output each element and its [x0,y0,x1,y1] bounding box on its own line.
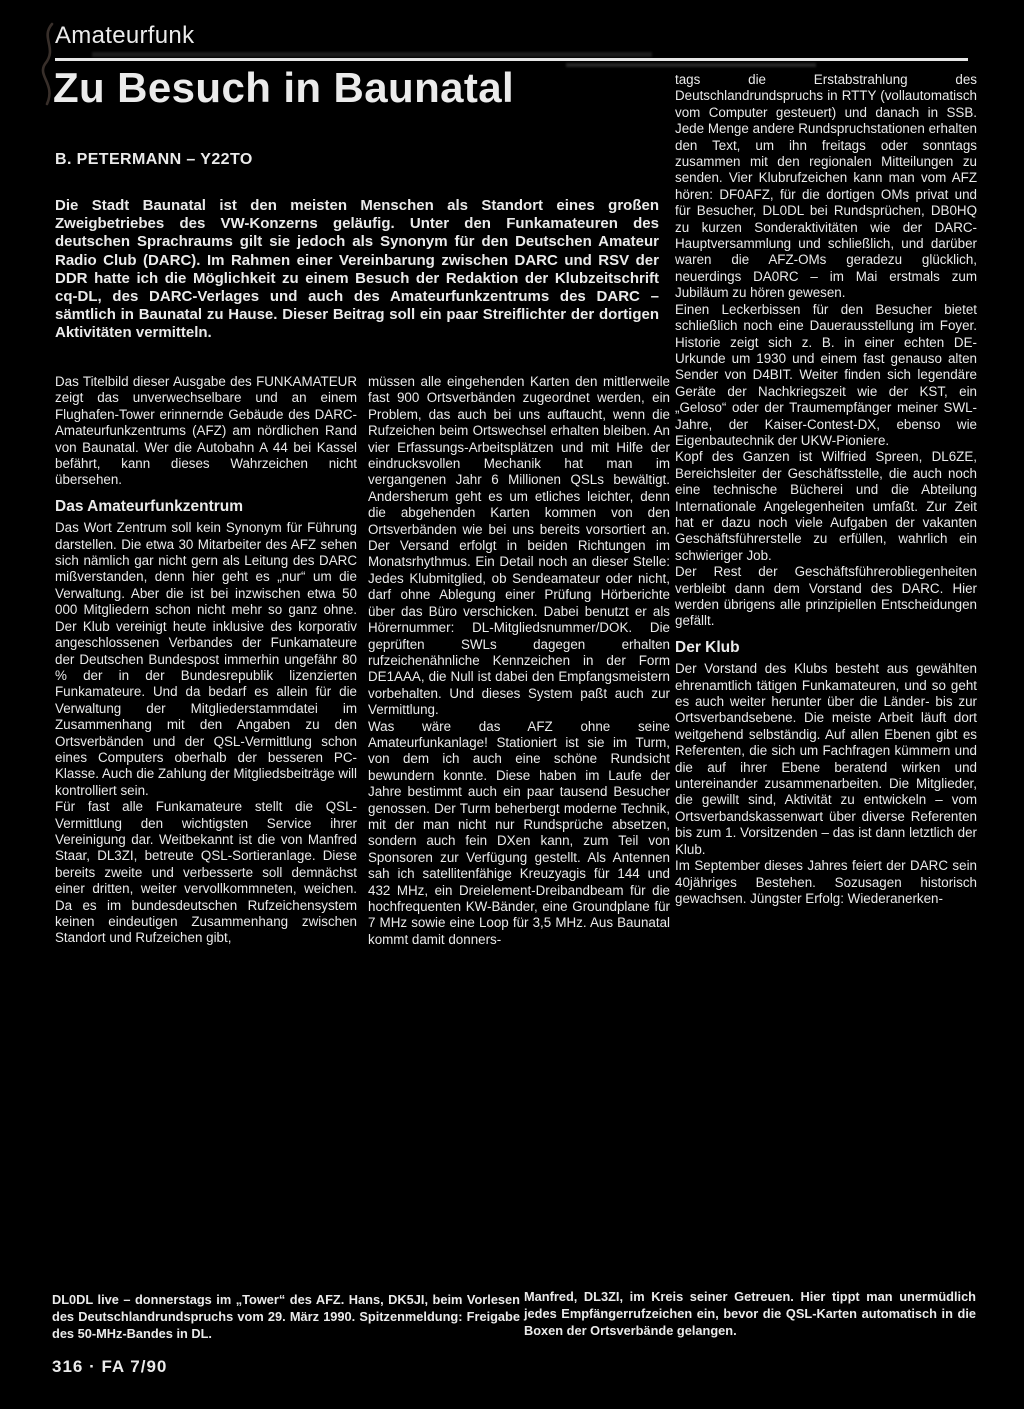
paragraph: Im September dieses Jahres feiert der DA… [675,858,977,907]
column-right: tags die Erstabstrahlung des Deutschland… [675,72,977,907]
paragraph: Das Titelbild dieser Ausgabe des FUNKAMA… [55,374,357,489]
article-title: Zu Besuch in Baunatal [53,64,514,112]
paragraph: Kopf des Ganzen ist Wilfried Spreen, DL6… [675,449,977,564]
paragraph: Was wäre das AFZ ohne seine Amateurfunka… [368,719,670,949]
subheading-amateurfunkzentrum: Das Amateurfunkzentrum [55,499,357,515]
subheading-der-klub: Der Klub [675,640,977,656]
header-rule [55,58,968,61]
paragraph: tags die Erstabstrahlung des Deutschland… [675,72,977,302]
scan-smudge [92,52,652,57]
column-middle: müssen alle eingehenden Karten den mittl… [368,374,670,948]
magazine-page: Amateurfunk Zu Besuch in Baunatal B. PET… [0,0,1024,1409]
paragraph: Das Wort Zentrum soll kein Synonym für F… [55,520,357,799]
author-byline: B. PETERMANN – Y22TO [55,151,253,169]
paragraph: Der Vorstand des Klubs besteht aus gewäh… [675,661,977,858]
page-footer: 316 · FA 7/90 [52,1357,167,1377]
paragraph: Für fast alle Funkamateure stellt die QS… [55,799,357,947]
photo-caption-right: Manfred, DL3ZI, im Kreis seiner Getreuen… [524,1288,976,1339]
column-left: Das Titelbild dieser Ausgabe des FUNKAMA… [55,374,357,947]
paragraph: Der Rest der Geschäftsführerobliegenheit… [675,564,977,630]
section-label: Amateurfunk [55,22,194,50]
paragraph: Einen Leckerbissen für den Besucher biet… [675,302,977,450]
scan-smudge [566,63,816,67]
lead-paragraph: Die Stadt Baunatal ist den meisten Mensc… [55,197,659,343]
photo-caption-left: DL0DL live – donnerstags im „Tower“ des … [52,1291,520,1342]
paragraph: müssen alle eingehenden Karten den mittl… [368,374,670,719]
